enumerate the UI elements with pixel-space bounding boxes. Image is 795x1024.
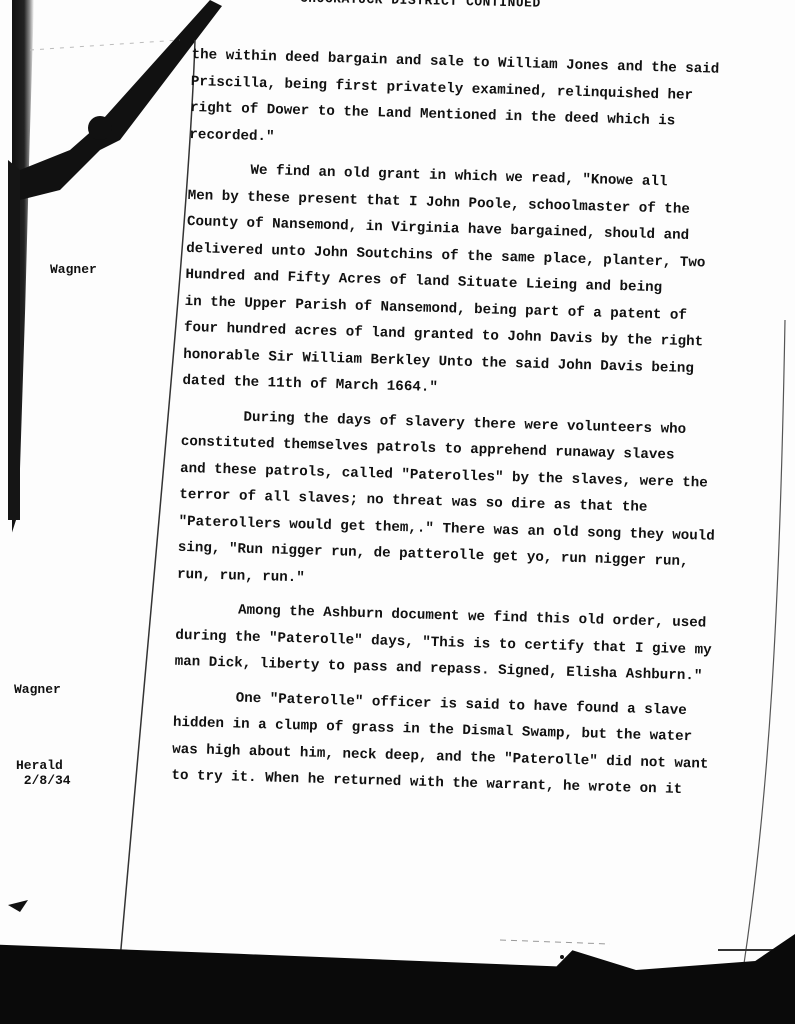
paragraph: We find an old grant in which we read, "… <box>110 154 756 410</box>
document-body: the within deed bargain and sale to Will… <box>99 40 760 805</box>
paragraph: One "Paterolle" officer is said to have … <box>99 681 742 805</box>
paragraph: the within deed bargain and sale to Will… <box>117 40 760 164</box>
paragraph: During the days of slavery there were vo… <box>105 400 750 603</box>
paragraph: Among the Ashburn document we find this … <box>102 594 744 691</box>
margin-note-source-date: Herald 2/8/34 <box>16 758 71 788</box>
scanned-page: CHUCKATUCK DISTRICT CONTINUED Wagner Wag… <box>0 0 795 1024</box>
margin-note-source: Wagner <box>50 262 97 277</box>
margin-note-source: Wagner <box>14 682 61 697</box>
